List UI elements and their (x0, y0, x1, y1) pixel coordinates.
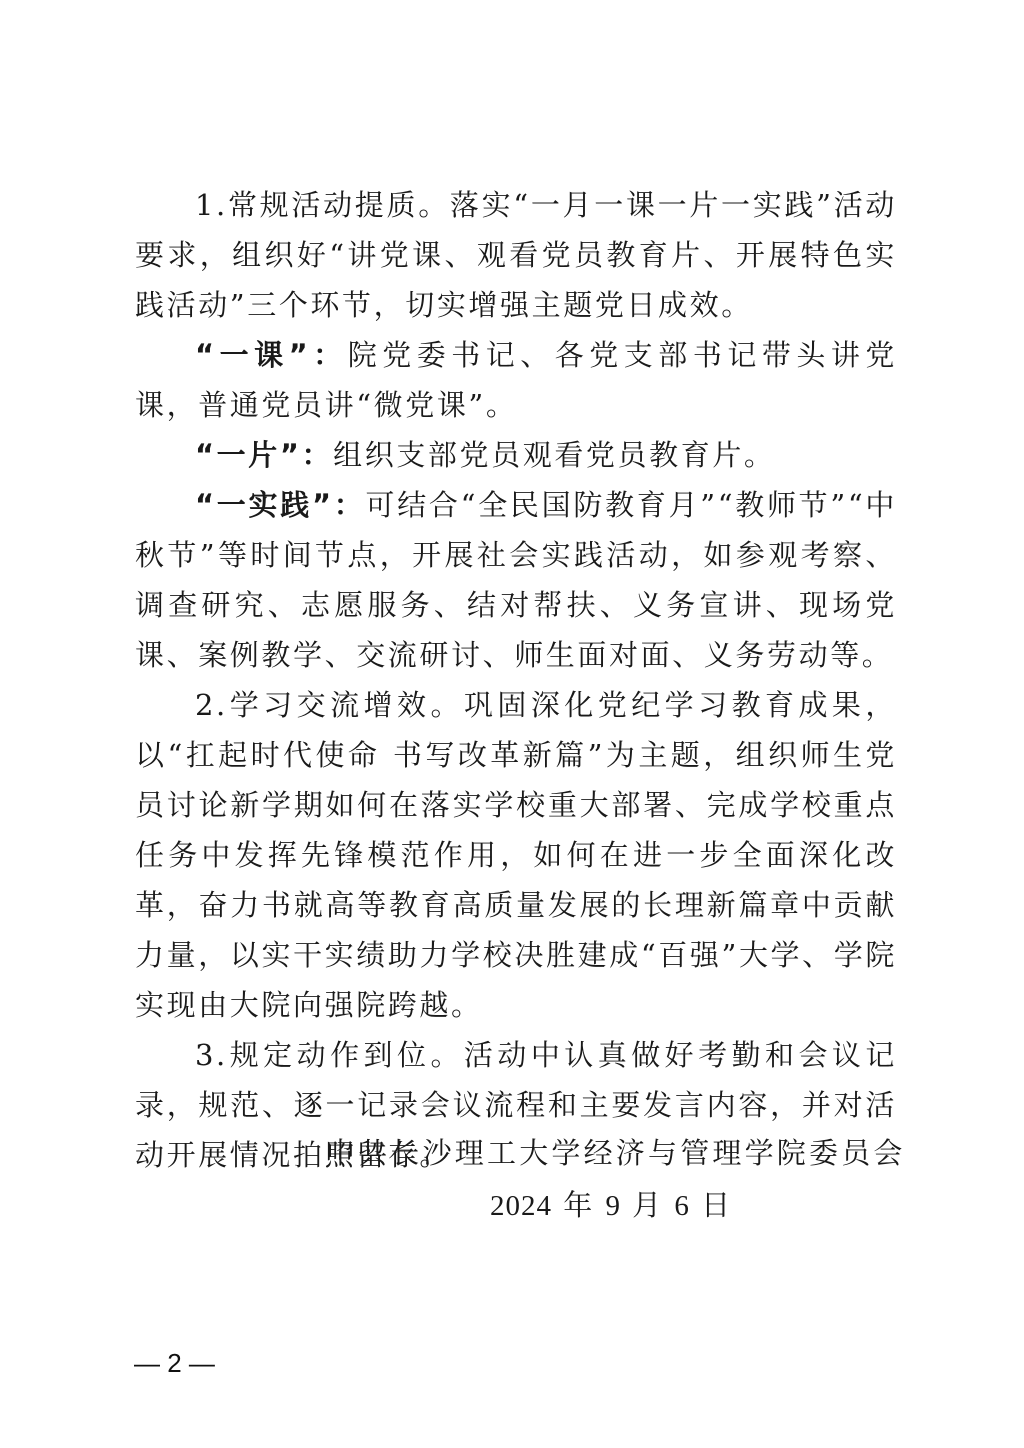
section-routine-activities: 1.常规活动提质。落实“一月一课一片一实践”活动要求，组织好“讲党课、观看党员教… (135, 180, 897, 330)
section-text: 巩固深化党纪学习教育成果，以“扛起时代使命 书写改革新篇”为主题，组织师生党员讨… (135, 688, 897, 1022)
section-heading: 1.常规活动提质。 (195, 188, 450, 222)
section-heading: 3.规定动作到位。 (195, 1038, 464, 1072)
section-study-exchange: 2.学习交流增效。巩固深化党纪学习教育成果，以“扛起时代使命 书写改革新篇”为主… (135, 680, 897, 1030)
issue-date: 2024 年 9 月 6 日 (490, 1180, 732, 1231)
document-page: 1.常规活动提质。落实“一月一课一片一实践”活动要求，组织好“讲党课、观看党员教… (0, 0, 1024, 1448)
page-number: — 2 — (134, 1348, 215, 1378)
section-one-lesson: “一课”：院党委书记、各党支部书记带头讲党课，普通党员讲“微党课”。 (135, 330, 897, 430)
date-day: 6 (674, 1190, 690, 1222)
section-heading-bold: “一实践”： (195, 488, 365, 522)
section-heading: 2.学习交流增效。 (195, 688, 464, 722)
date-year-unit: 年 (563, 1188, 594, 1222)
section-one-film: “一片”：组织支部党员观看党员教育片。 (135, 430, 897, 480)
date-month: 9 (605, 1190, 621, 1222)
document-body: 1.常规活动提质。落实“一月一课一片一实践”活动要求，组织好“讲党课、观看党员教… (135, 180, 897, 1180)
section-heading-bold: “一课”： (195, 338, 348, 372)
section-text: 组织支部党员观看党员教育片。 (333, 438, 775, 472)
issuer-signature: 中共长沙理工大学经济与管理学院委员会 (326, 1128, 906, 1178)
section-one-practice: “一实践”：可结合“全民国防教育月”“教师节”“中秋节”等时间节点，开展社会实践… (135, 480, 897, 680)
date-year: 2024 (490, 1190, 552, 1222)
date-day-unit: 日 (701, 1188, 732, 1222)
section-heading-bold: “一片”： (195, 438, 333, 472)
date-month-unit: 月 (632, 1188, 663, 1222)
